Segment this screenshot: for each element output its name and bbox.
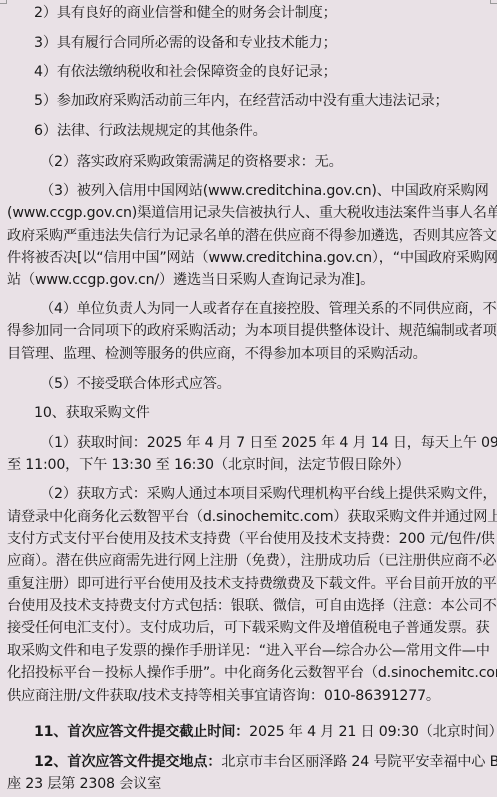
acquire-method-line-2: 请登录中化商务化云数智平台（d.sinochemitc.com）获取采购文件并通…: [7, 506, 488, 528]
page-corner-mark-right: [490, 0, 497, 4]
acquire-method-line-3: 支付方式支付平台使用及技术支持费（平台使用及技术支持费：200 元/包件/供: [7, 528, 488, 550]
paragraph-credit-line-5: 站（www.ccgp.gov.cn/）遴选当日采购人查询记录为准]。: [7, 269, 488, 291]
acquire-method-line-5: 重复注册）即可进行平台使用及技术支持费缴费及下载文件。平台目前开放的平: [7, 573, 488, 595]
item-text: 有依法缴纳税收和社会保障资金的良好记录；: [57, 64, 337, 80]
page-corner-mark-left: [0, 0, 7, 4]
paragraph-credit-line-1: （3）被列入信用中国网站(www.creditchina.gov.cn)、中国政…: [40, 180, 488, 202]
paragraph-conflict-line-2: 得参加同一合同项下的政府采购活动；为本项目提供整体设计、规范编制或者项: [7, 320, 488, 342]
qualification-item-2: 2）具有良好的商业信誉和健全的财务会计制度；: [34, 2, 488, 24]
acquire-time-line-1: （1）获取时间：2025 年 4 月 7 日至 2025 年 4 月 14 日，…: [40, 432, 488, 454]
deadline-value: 2025 年 4 月 21 日 09:30（北京时间）: [249, 724, 497, 740]
paragraph-credit-line-2: (www.ccgp.gov.cn)渠道信用记录失信被执行人、重大税收违法案件当事…: [7, 202, 488, 224]
item-label: 5）: [34, 93, 57, 109]
paragraph-conflict-line-3: 目管理、监理、检测等服务的供应商，不得参加本项目的采购活动。: [7, 343, 488, 365]
qualification-item-6: 6）法律、行政法规规定的其他条件。: [34, 120, 488, 142]
qualification-item-5: 5）参加政府采购活动前三年内，在经营活动中没有重大违法记录；: [34, 90, 488, 112]
paragraph-no-consortium: （5）不接受联合体形式应答。: [40, 373, 488, 395]
location-label: 12、首次应答文件提交地点：: [34, 754, 221, 770]
deadline-label: 11、首次应答文件提交截止时间：: [34, 724, 249, 740]
section-11-deadline: 11、首次应答文件提交截止时间：2025 年 4 月 21 日 09:30（北京…: [34, 721, 488, 743]
acquire-method-line-6: 台使用及技术支持费支付方式包括：银联、微信，可自由选择（注意：本公司不: [7, 595, 488, 617]
section-10-heading: 10、获取采购文件: [34, 402, 488, 424]
item-label: 4）: [34, 64, 57, 80]
paragraph-conflict-line-1: （4）单位负责人为同一人或者存在直接控股、管理关系的不同供应商，不: [40, 298, 488, 320]
item-label: 2）: [34, 5, 57, 21]
section-12-location: 12、首次应答文件提交地点：北京市丰台区丽泽路 24 号院平安幸福中心 B: [34, 751, 488, 773]
acquire-method-line-4: 应商）。潜在供应商需先进行网上注册（免费），注册成功后（已注册供应商不必: [7, 550, 488, 572]
acquire-method-line-1: （2）获取方式：采购人通过本项目采购代理机构平台线上提供采购文件，: [40, 483, 488, 505]
item-label: 6）: [34, 123, 57, 139]
item-label: 3）: [34, 35, 57, 51]
location-value-line-1: 北京市丰台区丽泽路 24 号院平安幸福中心 B: [221, 754, 497, 770]
acquire-method-line-9: 化招投标平台－投标人操作手册”。中化商务化云数智平台（d.sinochemitc…: [7, 662, 488, 684]
item-text: 具有良好的商业信誉和健全的财务会计制度；: [57, 5, 337, 21]
location-value-line-2: 座 23 层第 2308 会议室: [7, 773, 488, 795]
item-text: 参加政府采购活动前三年内，在经营活动中没有重大违法记录；: [57, 93, 449, 109]
item-text: 具有履行合同所必需的设备和专业技术能力；: [57, 35, 337, 51]
acquire-method-line-10: 供应商注册/文件获取/技术支持等相关事宜请咨询：010-86391277。: [7, 685, 488, 707]
paragraph-credit-line-4: 件将被否决[以“信用中国”网站（www.creditchina.gov.cn），…: [7, 247, 488, 269]
acquire-method-line-8: 取采购文件和电子发票的操作手册详见：“进入平台—综合办公—常用文件—中: [7, 640, 488, 662]
acquire-time-line-2: 至 11:00，下午 13:30 至 16:30（北京时间，法定节假日除外）: [7, 454, 488, 476]
qualification-item-4: 4）有依法缴纳税收和社会保障资金的良好记录；: [34, 61, 488, 83]
paragraph-policy-requirement: （2）落实政府采购政策需满足的资格要求：无。: [40, 151, 488, 173]
item-text: 法律、行政法规规定的其他条件。: [57, 123, 267, 139]
qualification-item-3: 3）具有履行合同所必需的设备和专业技术能力；: [34, 32, 488, 54]
acquire-method-line-7: 接受任何电汇支付）。支付成功后，可下载采购文件及增值税电子普通发票。获: [7, 617, 488, 639]
paragraph-credit-line-3: 政府采购严重违法失信行为记录名单的潜在供应商不得参加遴选，否则其应答文: [7, 225, 488, 247]
